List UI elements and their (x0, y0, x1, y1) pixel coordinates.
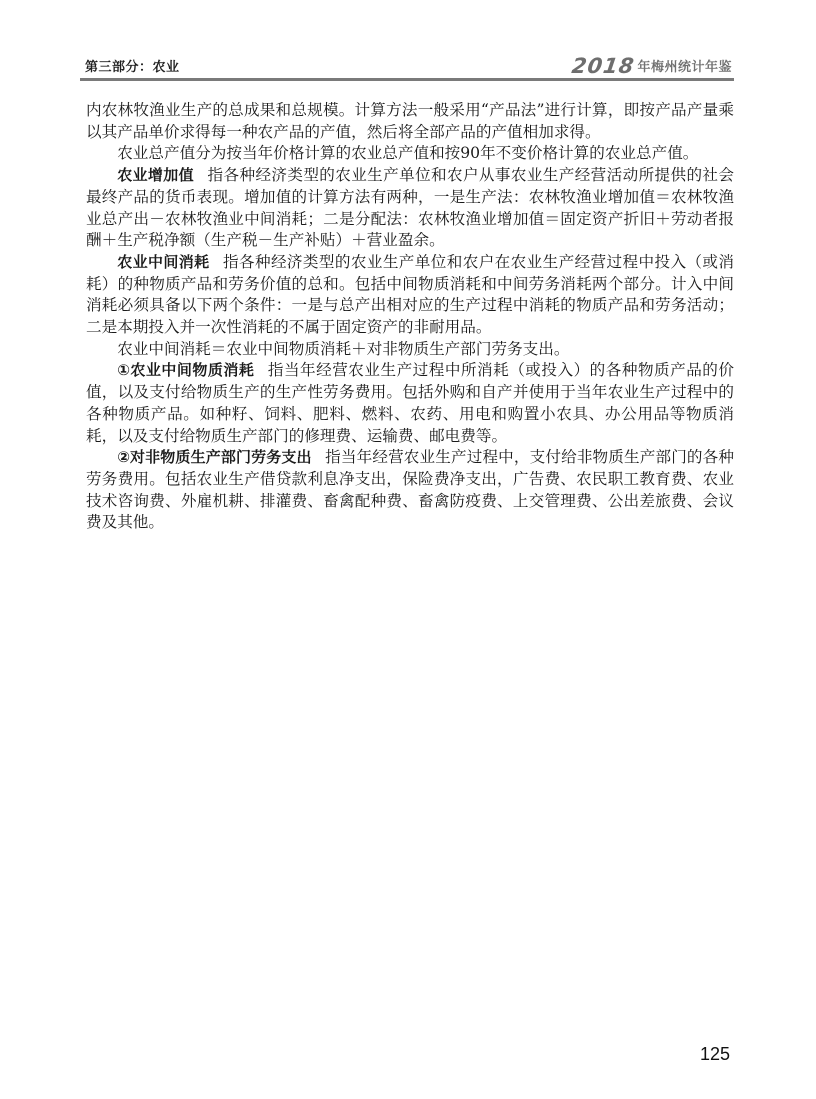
paragraph-text: 内农林牧渔业生产的总成果和总规模。计算方法一般采用“产品法”进行计算，即按产品产… (86, 101, 734, 141)
book-name: 年梅州统计年鉴 (637, 60, 732, 76)
paragraph-gross-output-pricing: 农业总产值分为按当年价格计算的农业总产值和按90年不变价格计算的农业总产值。 (86, 143, 734, 165)
section-title: 第三部分：农业 (85, 56, 180, 75)
paragraph-value-added: 农业增加值指各种经济类型的农业生产单位和农户从事农业生产经营活动所提供的社会最终… (86, 165, 734, 252)
paragraph-text: 农业总产值分为按当年价格计算的农业总产值和按90年不变价格计算的农业总产值。 (117, 144, 698, 162)
term-heading: 农业中间消耗 (117, 253, 209, 271)
book-year: 2018 (571, 56, 636, 76)
page-number: 125 (700, 1044, 730, 1065)
term-heading: ①农业中间物质消耗 (117, 361, 254, 379)
paragraph-service-expenditure: ②对非物质生产部门劳务支出指当年经营农业生产过程中，支付给非物质生产部门的各种劳… (86, 447, 734, 534)
book-title: 2018 年梅州统计年鉴 (572, 56, 732, 76)
paragraph-material-consumption: ①农业中间物质消耗指当年经营农业生产过程中所消耗（或投入）的各种物质产品的价值，… (86, 360, 734, 447)
body-text: 内农林牧渔业生产的总成果和总规模。计算方法一般采用“产品法”进行计算，即按产品产… (86, 100, 734, 534)
paragraph-gross-output-method: 内农林牧渔业生产的总成果和总规模。计算方法一般采用“产品法”进行计算，即按产品产… (86, 100, 734, 143)
term-heading: ②对非物质生产部门劳务支出 (117, 448, 311, 466)
term-heading: 农业增加值 (117, 166, 194, 184)
paragraph-text: 农业中间消耗＝农业中间物质消耗＋对非物质生产部门劳务支出。 (117, 340, 569, 358)
running-header: 第三部分：农业 2018 年梅州统计年鉴 (80, 52, 734, 81)
paragraph-consumption-formula: 农业中间消耗＝农业中间物质消耗＋对非物质生产部门劳务支出。 (86, 339, 734, 361)
paragraph-intermediate-consumption: 农业中间消耗指各种经济类型的农业生产单位和农户在农业生产经营过程中投入（或消耗）… (86, 252, 734, 339)
